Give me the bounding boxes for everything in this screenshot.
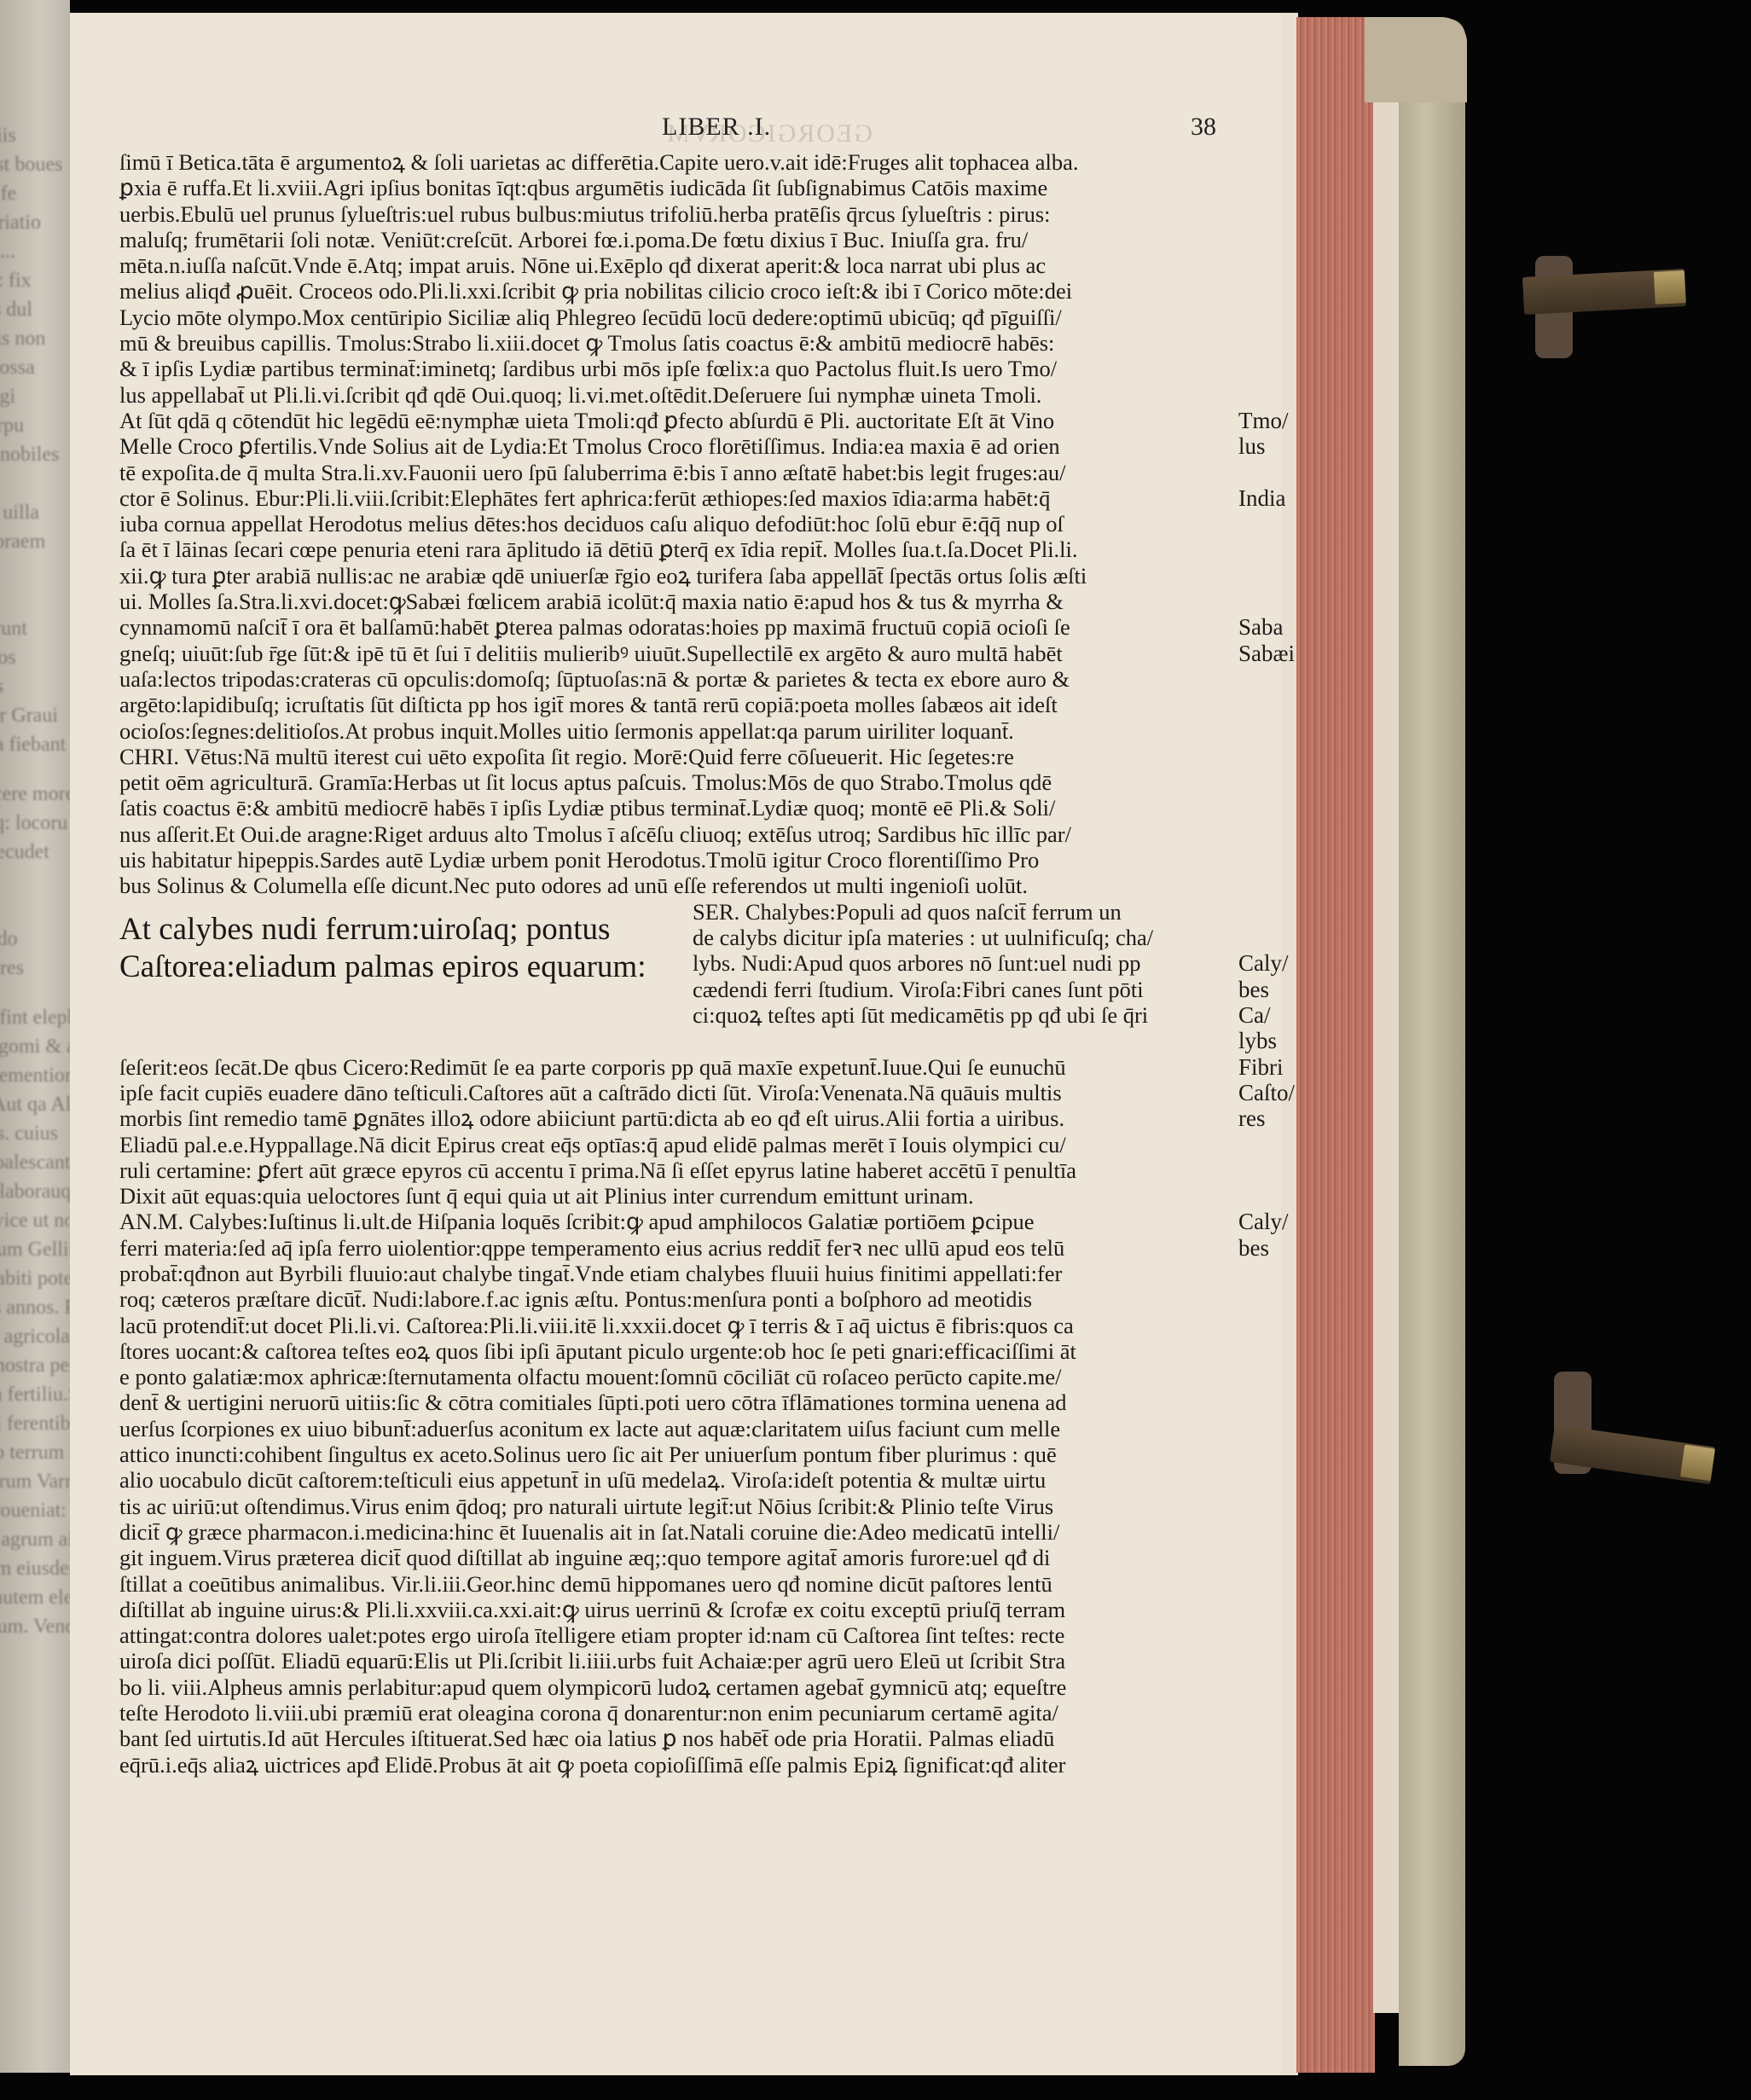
margin-note: Ca/ (1238, 1002, 1271, 1028)
clasp-lower (1550, 1424, 1715, 1484)
previous-page-line: ...n medicino terrum sunt pigri (0, 1438, 70, 1467)
clasp-brass-tip (1680, 1445, 1715, 1482)
running-head: LIBER .I. (662, 113, 771, 142)
text-line: iuba cornua appellat Herodotus melius dē… (119, 511, 1228, 537)
previous-page-line: ...ceptis noxiis (0, 121, 70, 150)
previous-page-line: ...cun egro possa (0, 353, 70, 382)
text-line: ipſe facit cupiēs euadere dāno teſticuli… (119, 1080, 1228, 1105)
text-line: gneſq; uiuūt:ſub r̄ge ſūt:& ipē tū ēt ſu… (119, 641, 1228, 666)
folio-number: 38 (1191, 113, 1216, 142)
previous-page-line: ...rum prima agricola: per (0, 1322, 70, 1351)
margin-note: Caſto/ (1238, 1080, 1295, 1105)
text-line: ci:quoꝝ teſtes apti ſūt medicamētis pp q… (693, 1002, 1238, 1028)
text-line: bant ſed uirtutis.Id aūt Hercules iſtitu… (119, 1726, 1228, 1751)
margin-note: India (1238, 485, 1285, 511)
previous-page-line: ...olf terrarum eiusdem (0, 1554, 70, 1583)
previous-page-line: ...ernitatur eum Gellius (0, 1235, 70, 1264)
margin-note: res (1238, 1105, 1265, 1131)
text-line: probat̄:qđnon aut Byrbili fluuio:aut cha… (119, 1261, 1228, 1286)
previous-page-line: ...urbus aut autem elebat (0, 1583, 70, 1612)
margin-note: bes (1238, 977, 1269, 1002)
text-line: mū & breuibus capillis. Tmolus:Strabo li… (119, 330, 1228, 356)
previous-page-line: ...ad hoc flavice ut nonnulq: (0, 1206, 70, 1235)
text-line: ꝑxia ē ruffa.Et li.xviii.Agri ipſius bon… (119, 175, 1228, 200)
previous-page-line: ...raute lacus dul (0, 295, 70, 324)
text-line: lybs. Nudi:Apud quos arbores nō ſunt:uel… (693, 950, 1238, 976)
text-line: e ponto galatiæ:mox aphricæ:ſternutament… (119, 1364, 1228, 1389)
previous-page-fragment: ...xinne...r uiteuio...ur inlt fer...cep… (0, 0, 70, 2073)
text-line: ruli certamine: ꝑfert aūt græce epyros c… (119, 1157, 1228, 1183)
previous-page-line: ...stuus lunas (0, 672, 70, 701)
previous-page-line: ...m agrum lum. Vendimorpigri (0, 1612, 70, 1641)
margin-note: Fibri (1238, 1054, 1284, 1080)
text-line: uiroſa dici poſſūt. Eliadū equarū:Elis u… (119, 1648, 1228, 1674)
previous-page-line: ...o agricola laborauq: fisse (0, 1177, 70, 1206)
previous-page-line: ...ccus morbos (0, 643, 70, 672)
text-line: bo li. viii.Alpheus amnis perlabitur:apu… (119, 1674, 1228, 1700)
text-line: cædendi ferri ſtudium. Viroſa:Fibri cane… (693, 977, 1238, 1002)
margin-note: Caly/ (1238, 1209, 1289, 1234)
previous-page-line: ...li prandescere morem (0, 780, 70, 809)
previous-page-line: ...cita quoq: fint elephi (0, 1003, 70, 1032)
text-line: Caſtorea:eliadum palmas epiros equarum: (119, 948, 646, 986)
previous-page-line: ...n ebur: quis non (0, 324, 70, 353)
previous-page-line: ...durescunt (0, 896, 70, 925)
text-line: xii.ꝙ tura ꝑter arabiā nullis:ac ne arab… (119, 563, 1228, 589)
clasp-upper (1522, 269, 1686, 315)
previous-page-line: ...n natibus:(res (0, 954, 70, 983)
commentary-text-block: ſimū ī Betica.tāta ē argumentoꝝ & ſoli u… (119, 149, 1228, 1778)
text-line: Lycio mōte olympo.Mox centūripio Siciliæ… (119, 305, 1228, 330)
text-line: maluſq; frumētarii ſoli notæ. Veniūt:cre… (119, 227, 1228, 252)
text-line: alio uocabulo dicūt caſtorem:teſticuli e… (119, 1467, 1228, 1493)
text-line: ui. Molles ſa.Stra.li.xvi.docet:ꝙSabæi f… (119, 589, 1228, 614)
previous-page-line: ...r ulteriu proueniat: sicut (0, 1496, 70, 1525)
text-line: ctor ē Solinus. Ebur:Pli.li.viii.ſcribit… (119, 485, 1228, 511)
page-edge (1281, 13, 1298, 2075)
previous-page-line: ...ranibus ex uilla (0, 498, 70, 527)
lemma-block: At calybes nudi ferrum:uiroſaq; pontusCa… (119, 899, 1228, 1054)
text-line: Eliadū pal.e.e.Hyppallage.Nā dicit Epiru… (119, 1132, 1228, 1157)
previous-page-line: ...q: locorum fertiliu.Scribit (0, 1380, 70, 1409)
text-line: CHRI. Vētus:Nā multū iterest cui uēto ex… (119, 744, 1228, 769)
text-line: At ſūt qdā q cōtendūt hic legēdū eē:nymp… (119, 408, 1228, 433)
previous-page-line: ...xinne (0, 34, 70, 63)
previous-page-line: ...ute fructifi... (0, 237, 70, 266)
previous-page-line: ...bifacere clementiore fui (0, 1061, 70, 1090)
previous-page-line: ...q: habitauq: locoru (0, 809, 70, 838)
clasp-brass-tip (1654, 270, 1686, 305)
text-line: eq̄rū.i.eq̄s aliaꝝ uictrices apđ Elidē.P… (119, 1752, 1228, 1778)
text-line: ſtillat a coeūtibus animalibus. Vir.li.i… (119, 1571, 1228, 1597)
text-line: attingat:contra dolores ualet:potes ergo… (119, 1622, 1228, 1648)
previous-page-line: ...Calphurnia fiebant (0, 730, 70, 759)
text-line: tē expoſita.de q̄ multa Stra.li.xv.Fauon… (119, 460, 1228, 485)
text-line: tis ac uiriū:ut oſtendimus.Virus enim q̄… (119, 1494, 1228, 1519)
text-line: roq; cæteros præſtare dicūt̄. Nudi:labor… (119, 1286, 1228, 1312)
vellum-binding (1399, 19, 1465, 2066)
previous-page-line: ...unt. Homer Graui (0, 701, 70, 730)
lemma-commentary: SER. Chalybes:Populi ad quos naſcit̄ fer… (693, 899, 1238, 1028)
text-line: de calybs dicitur ipſa materies : ut uul… (693, 925, 1238, 950)
previous-page-line: ...nniu utroq: fix (0, 266, 70, 295)
text-line: melius aliqđ ꝓuēit. Croceos odo.Pli.li.x… (119, 278, 1228, 304)
previous-page-line: ...rifarum agrum Varro li.i.ca (0, 1467, 70, 1496)
text-line: teſte Herodoto li.viii.ubi præmiū erat o… (119, 1700, 1228, 1726)
margin-note: Sabæi (1238, 641, 1295, 666)
previous-page-line: ...potentiu coalescant (0, 1148, 70, 1177)
text-line: petit oēm agriculturā. Gramīa:Herbas ut … (119, 769, 1228, 795)
text-line: ſtores uocant:& caſtorea teſtes eoꝝ quos… (119, 1338, 1228, 1364)
previous-page-line: ...n nonnuq: fe (0, 179, 70, 208)
text-line: At calybes nudi ferrum:uiroſaq; pontus (119, 911, 646, 948)
previous-page-line: ...nditionem agrum aiunt ad (0, 1525, 70, 1554)
previous-page-line: ...m opotu habiti poter omni (0, 1264, 70, 1293)
text-line: mēta.n.iuſſa naſcūt.Vnde ē.Atq; impat ar… (119, 252, 1228, 278)
text-line: bus Solinus & Columella eſſe dicunt.Nec … (119, 873, 1228, 898)
margin-note: lybs (1238, 1028, 1277, 1053)
previous-page-line: ...m. cuius. Aut qa Alexandr (0, 1090, 70, 1119)
previous-page-line: ...tuta gigni (0, 585, 70, 614)
text-line: uis habitatur hipeppis.Sardes autē Lydiæ… (119, 847, 1228, 873)
previous-page-line: ...allegam sirpu (0, 411, 70, 440)
text-line: uaſa:lectos tripodas:crateras cū opculis… (119, 666, 1228, 692)
text-line: dicit̄ ꝙ græce pharmacon.i.medicina:hinc… (119, 1519, 1228, 1545)
text-line: morbis ſint remedio tamē ꝑgnātes illoꝝ o… (119, 1105, 1228, 1131)
previous-page-line: ...unt sibi in nobiles (0, 440, 70, 469)
fore-edge-inner (1373, 68, 1399, 2013)
commentary-part-2: ſeſerit:eos ſecāt.De qbus Cicero:Redimūt… (119, 1054, 1228, 1778)
verse-lemma: At calybes nudi ferrum:uiroſaq; pontusCa… (119, 911, 646, 986)
text-line: argēto:lapidibuſq; icruſtatis ſūt diſtic… (119, 692, 1228, 717)
previous-page-line: ...re nati apri ferentibus (0, 1409, 70, 1438)
text-line: attico inuncti:cohibent ſingultus ex ace… (119, 1442, 1228, 1467)
text-line: ſa ēt ī lāinas ſecari cœpe penuria eteni… (119, 537, 1228, 562)
previous-page-line: ...ur inlt fer (0, 92, 70, 121)
margin-note: bes (1238, 1235, 1269, 1261)
previous-page-line: ...uauit:docti (0, 556, 70, 585)
text-line: git inguem.Virus præterea dicit̄ quod di… (119, 1545, 1228, 1570)
text-line: AN.M. Calybes:Iuſtinus li.ult.de Hiſpani… (119, 1209, 1228, 1234)
text-line: Melle Croco ꝑfertilis.Vnde Solius ait de… (119, 433, 1228, 459)
previous-page-line: ...usmodi uariatio (0, 208, 70, 237)
text-line: SER. Chalybes:Populi ad quos naſcit̄ fer… (693, 899, 1238, 925)
text-line: uerbis.Ebulū uel prunus ſylueſtris:uel r… (119, 201, 1228, 227)
margin-note: Caly/ (1238, 950, 1289, 976)
previous-page-line: ...s tmolus odo (0, 925, 70, 954)
text-line: uerſus ſcorpiones ex uiuo bibunt̄:aduerſ… (119, 1416, 1228, 1442)
text-line: ſatis coactus ē:& ambitū mediocrē habēs … (119, 795, 1228, 821)
previous-page-line: ...ocius mae (0, 867, 70, 896)
previous-page-line: ...a cancere nostra per (0, 1351, 70, 1380)
previous-page-line: ...d fonte post boues (0, 150, 70, 179)
previous-page-line: ...tdiui dederunt (0, 614, 70, 643)
margin-note: lus (1238, 433, 1266, 459)
binding-headcap (1365, 17, 1467, 102)
previous-page-line: ...d quanq: recudet (0, 838, 70, 867)
text-line: & ī ipſis Lydiæ partibus terminat̄:imine… (119, 356, 1228, 381)
text-line: ſeſerit:eos ſecāt.De qbus Cicero:Redimūt… (119, 1054, 1228, 1080)
previous-page-line: ...gnauiter coraem (0, 527, 70, 556)
previous-page-line: ...r uiteuio (0, 63, 70, 92)
previous-page-line: ...rue medio (0, 469, 70, 498)
text-line: diſtillat ab inguine uirus:& Pli.li.xxvi… (119, 1597, 1228, 1622)
text-line: nus aſſerit.Et Oui.de aragne:Riget arduu… (119, 821, 1228, 847)
previous-page-line: ...laridat thus. cuius (0, 1119, 70, 1148)
red-fore-edge (1296, 17, 1375, 2073)
commentary-part-1: ſimū ī Betica.tāta ē argumentoꝝ & ſoli u… (119, 149, 1228, 899)
previous-page-line: ...ubi post lugi (0, 382, 70, 411)
text-line: Dixit aūt equas:quia ueloctores ſunt q̄ … (119, 1183, 1228, 1209)
text-line: dent̄ & uertigini neruorū uitiis:ſic & c… (119, 1389, 1228, 1415)
text-line: lus appellabat̄ ut Pli.li.vi.ſcribit qđ … (119, 382, 1228, 408)
previous-page-line: ...n uisulam gomi & arabia (0, 1032, 70, 1061)
text-line: lacū protendit̄:ut docet Pli.li.vi. Caſt… (119, 1313, 1228, 1338)
text-line: ocioſos:ſegnes:delitioſos.At probus inqu… (119, 718, 1228, 744)
margin-note: Tmo/ (1238, 408, 1289, 433)
previous-page-line: ...r humidius annos. Parri (0, 1293, 70, 1322)
text-line: ferri materia:ſed aq̄ ipſa ferro uiolent… (119, 1235, 1228, 1261)
text-line: cynnamomū naſcit̄ ī ora ēt balſamū:habēt… (119, 614, 1228, 640)
margin-note: Saba (1238, 614, 1283, 640)
text-line: ſimū ī Betica.tāta ē argumentoꝝ & ſoli u… (119, 149, 1228, 175)
